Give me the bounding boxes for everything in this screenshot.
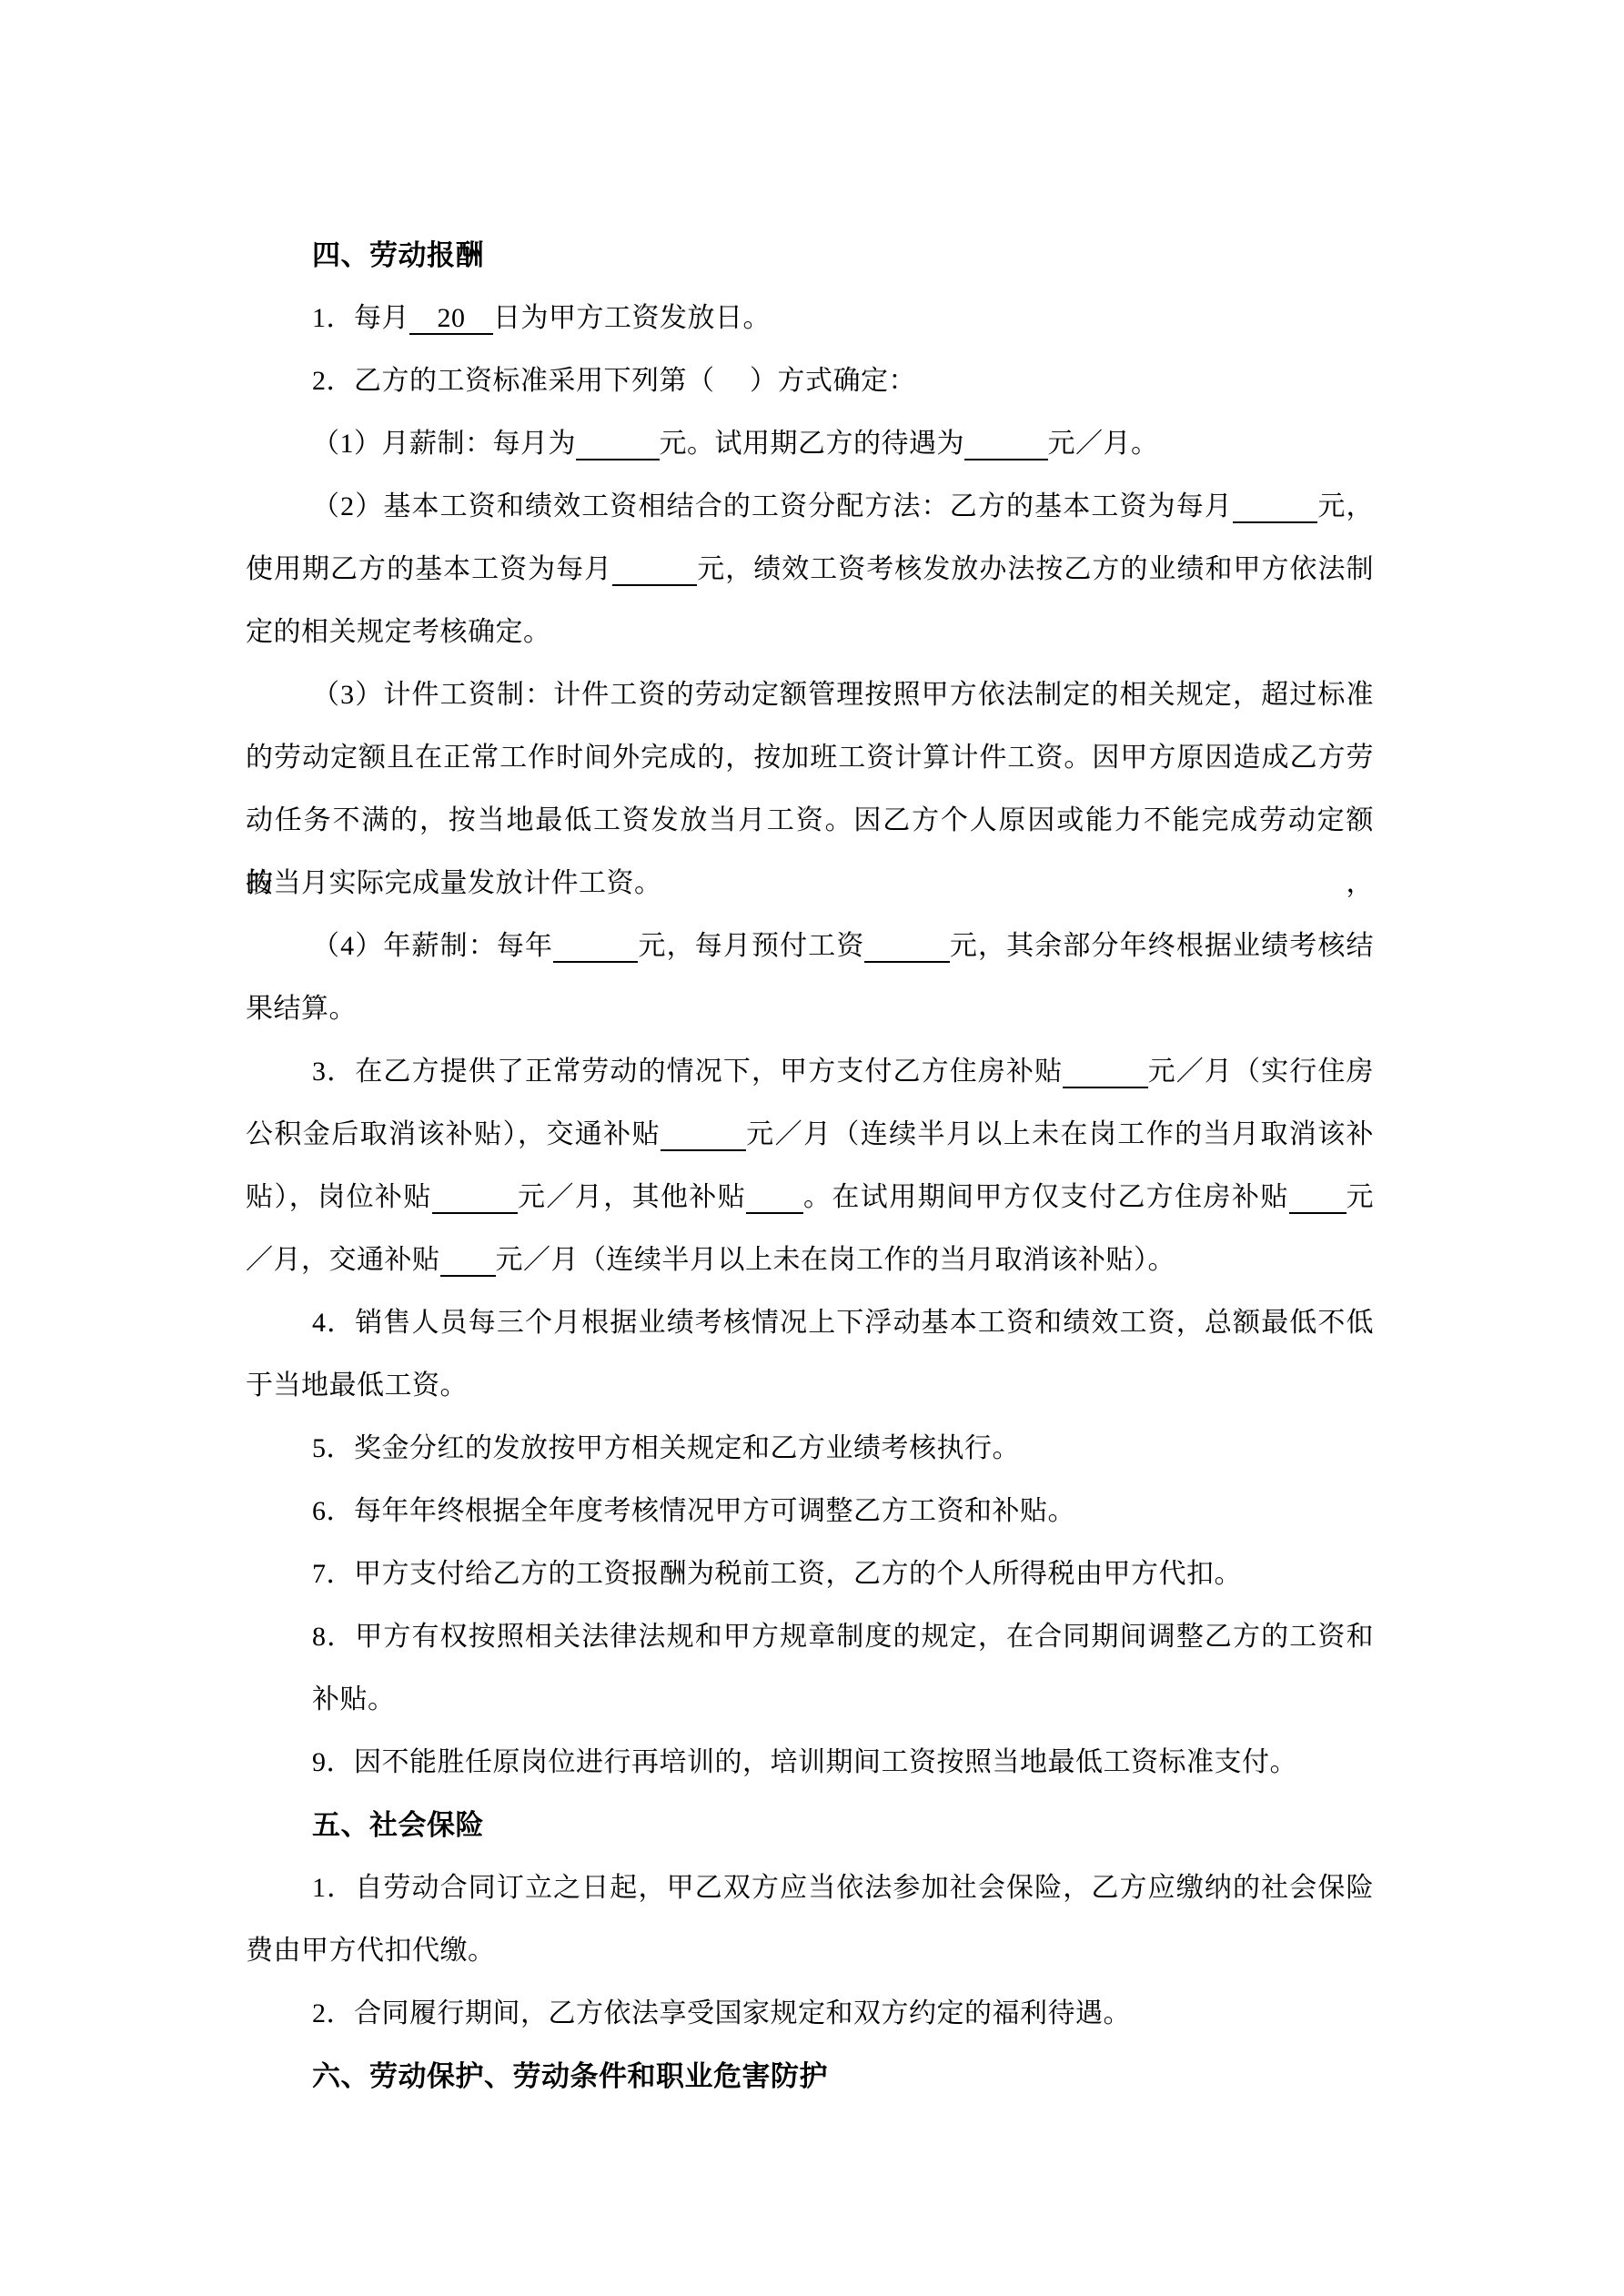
text-segment: 按当月实际完成量发放计件工资。 [246, 868, 662, 898]
text-segment: 四、劳动报酬 [312, 239, 484, 271]
text-segment: 5．奖金分红的发放按甲方相关规定和乙方业绩考核执行。 [312, 1433, 1020, 1463]
text-segment: 元， [1317, 491, 1374, 521]
text-segment: 五、社会保险 [312, 1809, 484, 1841]
text-line: 8．甲方有权按照相关法律法规和甲方规章制度的规定，在合同期间调整乙方的工资和 [246, 1605, 1374, 1668]
text-line: 补贴。 [246, 1668, 1374, 1731]
text-line: 3．在乙方提供了正常劳动的情况下，甲方支付乙方住房补贴 元／月（实行住房 [246, 1040, 1374, 1103]
text-segment: 元 [1347, 1182, 1375, 1212]
text-segment: 。在试用期间甲方仅支付乙方住房补贴 [803, 1182, 1289, 1212]
text-line: 5．奖金分红的发放按甲方相关规定和乙方业绩考核执行。 [246, 1417, 1374, 1480]
fill-in-blank [661, 1119, 746, 1151]
text-line: 定的相关规定考核确定。 [246, 601, 1374, 663]
fill-in-blank [576, 429, 660, 460]
text-segment: 元，绩效工资考核发放办法按乙方的业绩和甲方依法制 [697, 554, 1374, 584]
fill-in-blank [964, 429, 1048, 460]
text-segment: 3．在乙方提供了正常劳动的情况下，甲方支付乙方住房补贴 [312, 1057, 1063, 1087]
text-segment: 元，其余部分年终根据业绩考核结 [950, 931, 1374, 961]
fill-in-blank [612, 554, 697, 586]
text-segment: 元／月（连续半月以上未在岗工作的当月取消该补 [746, 1119, 1374, 1149]
text-segment: 的劳动定额且在正常工作时间外完成的，按加班工资计算计件工资。因甲方原因造成乙方劳 [246, 743, 1374, 773]
text-segment: 1．自劳动合同订立之日起，甲乙双方应当依法参加社会保险，乙方应缴纳的社会保险 [312, 1873, 1374, 1903]
text-line: 公积金后取消该补贴），交通补贴 元／月（连续半月以上未在岗工作的当月取消该补 [246, 1103, 1374, 1166]
fill-in-blank [746, 1182, 803, 1214]
text-line: 动任务不满的，按当地最低工资发放当月工资。因乙方个人原因或能力不能完成劳动定额的… [246, 789, 1374, 852]
text-segment: ／月，交通补贴 [246, 1245, 440, 1275]
text-segment: 1．每月 [312, 303, 409, 333]
text-segment: （3）计件工资制：计件工资的劳动定额管理按照甲方依法制定的相关规定，超过标准 [312, 680, 1374, 710]
text-segment: （2）基本工资和绩效工资相结合的工资分配方法：乙方的基本工资为每月 [312, 491, 1233, 521]
text-line: （4）年薪制：每年 元，每月预付工资 元，其余部分年终根据业绩考核结 [246, 915, 1374, 977]
text-segment: 2．乙方的工资标准采用下列第（ ）方式确定： [312, 366, 916, 396]
text-line: 贴），岗位补贴 元／月，其他补贴 。在试用期间甲方仅支付乙方住房补贴 元 [246, 1166, 1374, 1229]
text-line: 于当地最低工资。 [246, 1354, 1374, 1417]
text-segment: 贴），岗位补贴 [246, 1182, 432, 1212]
text-segment: 六、劳动保护、劳动条件和职业危害防护 [312, 2060, 828, 2092]
section-heading: 六、劳动保护、劳动条件和职业危害防护 [246, 2045, 1374, 2108]
text-segment: 定的相关规定考核确定。 [246, 617, 551, 647]
text-segment: 费由甲方代扣代缴。 [246, 1936, 496, 1966]
fill-in-blank [1233, 491, 1317, 523]
text-line: ／月，交通补贴 元／月（连续半月以上未在岗工作的当月取消该补贴）。 [246, 1229, 1374, 1291]
section-heading: 四、劳动报酬 [246, 224, 1374, 287]
text-segment: 6．每年年终根据全年度考核情况甲方可调整乙方工资和补贴。 [312, 1496, 1075, 1526]
text-line: 的劳动定额且在正常工作时间外完成的，按加班工资计算计件工资。因甲方原因造成乙方劳 [246, 726, 1374, 789]
text-line: （1）月薪制：每月为 元。试用期乙方的待遇为 元／月。 [246, 412, 1374, 475]
text-segment: （4）年薪制：每年 [312, 931, 553, 961]
text-line: 使用期乙方的基本工资为每月 元，绩效工资考核发放办法按乙方的业绩和甲方依法制 [246, 538, 1374, 601]
text-segment: 元／月（实行住房 [1148, 1057, 1374, 1087]
contract-text: 四、劳动报酬1．每月 20 日为甲方工资发放日。2．乙方的工资标准采用下列第（ … [246, 224, 1374, 2108]
text-segment: 元。试用期乙方的待遇为 [660, 429, 965, 459]
text-segment: 果结算。 [246, 994, 357, 1024]
fill-in-blank [553, 931, 638, 963]
text-line: （3）计件工资制：计件工资的劳动定额管理按照甲方依法制定的相关规定，超过标准 [246, 663, 1374, 726]
text-segment: 公积金后取消该补贴），交通补贴 [246, 1119, 661, 1149]
text-segment: 2．合同履行期间，乙方依法享受国家规定和双方约定的福利待遇。 [312, 1998, 1131, 2028]
text-segment: 7．甲方支付给乙方的工资报酬为税前工资，乙方的个人所得税由甲方代扣。 [312, 1559, 1242, 1589]
fill-in-blank [440, 1245, 496, 1277]
text-segment: 于当地最低工资。 [246, 1371, 468, 1401]
text-line: 1．自劳动合同订立之日起，甲乙双方应当依法参加社会保险，乙方应缴纳的社会保险 [246, 1856, 1374, 1919]
text-line: 6．每年年终根据全年度考核情况甲方可调整乙方工资和补贴。 [246, 1480, 1374, 1542]
section-heading: 五、社会保险 [246, 1794, 1374, 1856]
text-line: 2．合同履行期间，乙方依法享受国家规定和双方约定的福利待遇。 [246, 1982, 1374, 2045]
text-segment: 补贴。 [312, 1684, 396, 1714]
text-segment: 日为甲方工资发放日。 [493, 303, 771, 333]
text-segment: 元／月，其他补贴 [518, 1182, 746, 1212]
text-segment: （1）月薪制：每月为 [312, 429, 576, 459]
text-segment: 元，每月预付工资 [638, 931, 864, 961]
text-line: 2．乙方的工资标准采用下列第（ ）方式确定： [246, 349, 1374, 412]
text-line: 4．销售人员每三个月根据业绩考核情况上下浮动基本工资和绩效工资，总额最低不低 [246, 1291, 1374, 1354]
document-page: 四、劳动报酬1．每月 20 日为甲方工资发放日。2．乙方的工资标准采用下列第（ … [0, 0, 1624, 2296]
text-segment: 4．销售人员每三个月根据业绩考核情况上下浮动基本工资和绩效工资，总额最低不低 [312, 1308, 1374, 1338]
text-segment: 9．因不能胜任原岗位进行再培训的，培训期间工资按照当地最低工资标准支付。 [312, 1747, 1297, 1777]
text-line: （2）基本工资和绩效工资相结合的工资分配方法：乙方的基本工资为每月 元， [246, 475, 1374, 538]
text-line: 1．每月 20 日为甲方工资发放日。 [246, 287, 1374, 349]
text-segment: 元／月。 [1048, 429, 1159, 459]
fill-in-blank [1289, 1182, 1347, 1214]
text-segment: 使用期乙方的基本工资为每月 [246, 554, 612, 584]
text-line: 7．甲方支付给乙方的工资报酬为税前工资，乙方的个人所得税由甲方代扣。 [246, 1542, 1374, 1605]
fill-in-blank: 20 [409, 303, 493, 335]
text-line: 果结算。 [246, 977, 1374, 1040]
fill-in-blank [1063, 1057, 1147, 1088]
text-segment: 8．甲方有权按照相关法律法规和甲方规章制度的规定，在合同期间调整乙方的工资和 [312, 1622, 1374, 1652]
fill-in-blank [864, 931, 949, 963]
text-line: 9．因不能胜任原岗位进行再培训的，培训期间工资按照当地最低工资标准支付。 [246, 1731, 1374, 1794]
text-line: 费由甲方代扣代缴。 [246, 1919, 1374, 1982]
text-segment: 元／月（连续半月以上未在岗工作的当月取消该补贴）。 [496, 1245, 1176, 1275]
fill-in-blank [432, 1182, 518, 1214]
